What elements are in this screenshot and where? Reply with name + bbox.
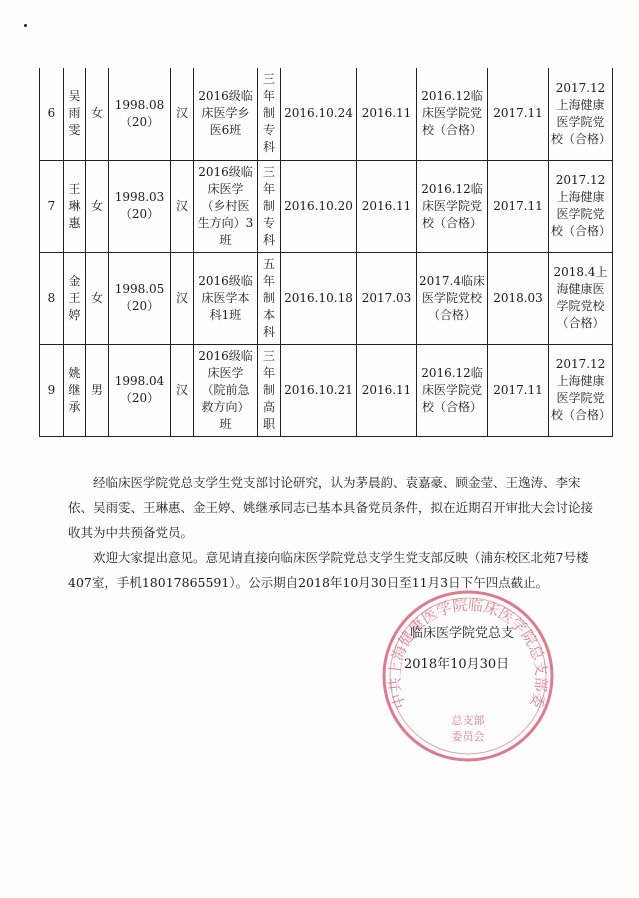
cell-class: 2016级临床医学（乡村医生方向）3班 xyxy=(194,160,258,252)
cell-program: 三年制专科 xyxy=(258,160,281,252)
cell-activist-date: 2016.11 xyxy=(357,344,417,436)
table-row: 7王琳惠女1998.03（20）汉2016级临床医学（乡村医生方向）3班三年制专… xyxy=(40,160,613,252)
cell-gender: 男 xyxy=(86,344,109,436)
notice-paragraph-1: 经临床医学院党总支学生党支部讨论研究，认为茅晨韵、袁嘉豪、顾金莹、王逸涛、李宋依… xyxy=(68,470,598,545)
cell-ethnicity: 汉 xyxy=(171,160,194,252)
cell-gender: 女 xyxy=(86,252,109,344)
cell-activist-date: 2017.03 xyxy=(357,252,417,344)
cell-program: 三年制专科 xyxy=(258,68,281,160)
cell-application-date: 2016.10.21 xyxy=(281,344,357,436)
cell-application-date: 2016.10.24 xyxy=(281,68,357,160)
cell-no: 8 xyxy=(40,252,64,344)
svg-text:中共上海健康医学院临床医学院总支部委员会: 中共上海健康医学院临床医学院总支部委员会 xyxy=(378,586,550,711)
cell-training-2: 2017.12上海健康医学院党校（合格） xyxy=(549,344,613,436)
signature-org: 临床医学院党总支 xyxy=(410,622,514,641)
cell-ethnicity: 汉 xyxy=(171,344,194,436)
cell-training-2: 2018.4上海健康医学院党校（合格） xyxy=(549,252,613,344)
cell-gender: 女 xyxy=(86,160,109,252)
cell-candidate-date: 2017.11 xyxy=(488,160,549,252)
cell-birth: 1998.04（20） xyxy=(109,344,171,436)
cell-training-1: 2016.12临床医学院党校（合格） xyxy=(417,68,488,160)
cell-no: 7 xyxy=(40,160,64,252)
cell-ethnicity: 汉 xyxy=(171,252,194,344)
table-row: 9姚继承男1998.04（20）汉2016级临床医学（院前急救方向）班三年制高职… xyxy=(40,344,613,436)
cell-candidate-date: 2017.11 xyxy=(488,344,549,436)
cell-name: 王琳惠 xyxy=(64,160,86,252)
notice-body: 经临床医学院党总支学生党支部讨论研究，认为茅晨韵、袁嘉豪、顾金莹、王逸涛、李宋依… xyxy=(68,470,598,595)
cell-class: 2016级临床医学乡医6班 xyxy=(194,68,258,160)
cell-training-2: 2017.12上海健康医学院党校（合格） xyxy=(549,68,613,160)
svg-text:总支部: 总支部 xyxy=(452,713,485,727)
cell-training-1: 2016.12临床医学院党校（合格） xyxy=(417,344,488,436)
cell-name: 吴雨雯 xyxy=(64,68,86,160)
cell-ethnicity: 汉 xyxy=(171,68,194,160)
signature-date: 2018年10月30日 xyxy=(404,653,509,672)
cell-program: 三年制高职 xyxy=(258,344,281,436)
cell-class: 2016级临床医学本科1班 xyxy=(194,252,258,344)
official-seal: 中共上海健康医学院临床医学院总支部委员会 总支部 委员会 xyxy=(378,586,558,766)
cell-gender: 女 xyxy=(86,68,109,160)
cell-no: 6 xyxy=(40,68,64,160)
svg-text:委员会: 委员会 xyxy=(452,729,485,743)
cell-class: 2016级临床医学（院前急救方向）班 xyxy=(194,344,258,436)
cell-training-2: 2017.12上海健康医学院党校（合格） xyxy=(549,160,613,252)
cell-birth: 1998.03（20） xyxy=(109,160,171,252)
cell-training-1: 2016.12临床医学院党校（合格） xyxy=(417,160,488,252)
cell-program: 五年制本科 xyxy=(258,252,281,344)
cell-activist-date: 2016.11 xyxy=(357,160,417,252)
table-row: 6吴雨雯女1998.08（20）汉2016级临床医学乡医6班三年制专科2016.… xyxy=(40,68,613,160)
cell-birth: 1998.08（20） xyxy=(109,68,171,160)
candidate-table: 6吴雨雯女1998.08（20）汉2016级临床医学乡医6班三年制专科2016.… xyxy=(39,68,613,437)
table-row: 8金王婷女1998.05（20）汉2016级临床医学本科1班五年制本科2016.… xyxy=(40,252,613,344)
cell-application-date: 2016.10.18 xyxy=(281,252,357,344)
cell-application-date: 2016.10.20 xyxy=(281,160,357,252)
scan-speck xyxy=(24,24,27,27)
cell-birth: 1998.05（20） xyxy=(109,252,171,344)
cell-no: 9 xyxy=(40,344,64,436)
cell-activist-date: 2016.11 xyxy=(357,68,417,160)
cell-name: 姚继承 xyxy=(64,344,86,436)
cell-training-1: 2017.4临床医学院党校（合格） xyxy=(417,252,488,344)
cell-candidate-date: 2017.11 xyxy=(488,68,549,160)
cell-name: 金王婷 xyxy=(64,252,86,344)
cell-candidate-date: 2018.03 xyxy=(488,252,549,344)
